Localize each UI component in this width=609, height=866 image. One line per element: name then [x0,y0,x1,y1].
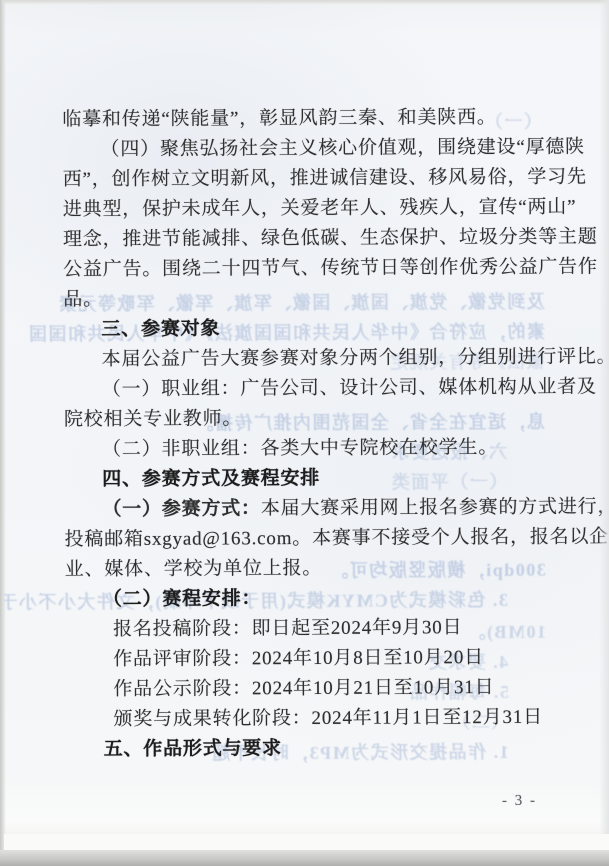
sub-heading: （二）赛程安排： [65,583,555,616]
clause-text: 本届大赛采用网上报名参赛的方式进行， [261,496,609,519]
document-line: 公益广告。围绕二十四节气、传统节日等创作优秀公益广告作 [63,253,553,286]
scan-edge-top [0,0,609,5]
document-line: （四）聚焦弘扬社会主义核心价值观，围绕建设“厚德陕 [62,133,552,166]
document-line: （二）非职业组：各类大中专院校在校学生。 [64,433,554,466]
document-body: 临摹和传递“陕能量”，彰显风韵三秦、和美陕西。 （四）聚焦弘扬社会主义核心价值观… [62,103,555,766]
schedule-line: 作品公示阶段：2024年10月21日至10月31日 [113,673,555,705]
line-email: 投稿邮箱sxgyad@163.com。本赛事不接受个人报名，报名以企 [64,523,554,556]
document-line: 临摹和传递“陕能量”，彰显风韵三秦、和美陕西。 [62,103,552,136]
document-line: （一）职业组：广告公司、设计公司、媒体机构从业者及 [64,373,554,406]
schedule-line: 作品评审阶段：2024年10月8日至10月20日 [113,643,555,675]
scanned-page: （一） 及到党徽、党旗、国旗、国徽、军旗、军徽、军歌等元素 素的，应符合《中华人… [0,0,609,866]
page-tilt-layer: （一） 及到党徽、党旗、国旗、国徽、军旗、军徽、军歌等元素 素的，应符合《中华人… [0,0,609,866]
schedule-line: 颁奖与成果转化阶段：2024年11月1日至12月31日 [113,703,555,735]
section-heading: 三、参赛对象 [63,313,553,346]
scan-edge-left [0,0,6,866]
page-number: - 3 - [502,793,537,810]
scan-edge-bottom [0,850,609,866]
document-line: 进典型，保护未成年人，关爱老年人、残疾人，宣传“两山” [63,193,553,226]
document-line: 院校相关专业教师。 [64,403,554,436]
section-heading: 五、作品形式与要求 [66,733,556,766]
section-heading: 四、参赛方式及赛程安排 [64,463,554,496]
paper-bottom-margin [4,834,609,850]
document-line: 品。 [63,283,553,316]
document-line: 本届公益广告大赛参赛对象分两个组别，分组别进行评比。 [64,343,554,376]
document-line: 理念，推进节能减排、绿色低碳、生态保护、垃圾分类等主题 [63,223,553,256]
schedule-line: 报名投稿阶段：即日起至2024年9月30日 [113,613,555,645]
document-line: （一）参赛方式：本届大赛采用网上报名参赛的方式进行， [64,493,554,526]
document-line: 业、媒体、学校为单位上报。 [65,553,555,586]
clause-label: （一）参赛方式： [102,498,261,520]
scan-edge-right [599,0,609,866]
document-line: 西”，创作树立文明新风，推进诚信建设、移风易俗，学习先 [63,163,553,196]
